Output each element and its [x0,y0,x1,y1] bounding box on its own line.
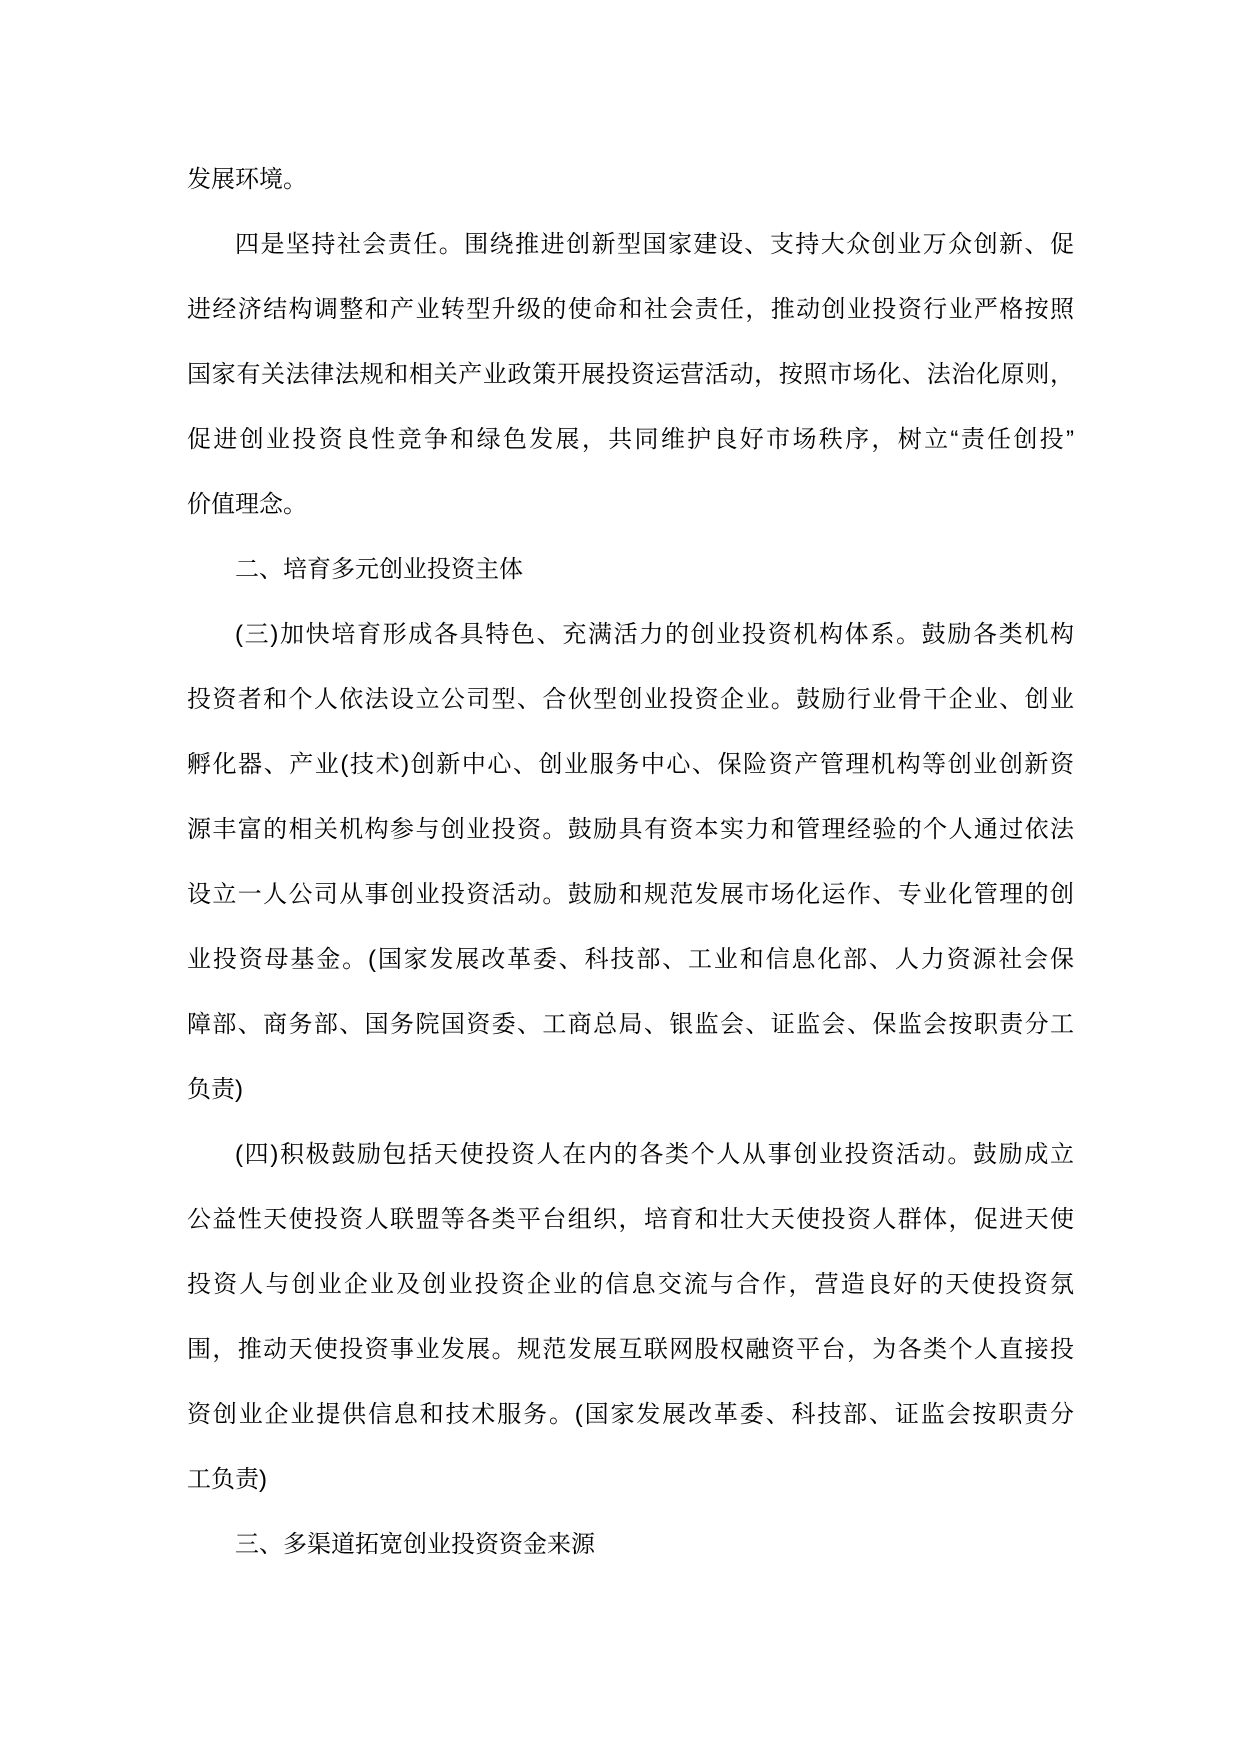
text-line: 发展环境。 [187,147,1074,212]
text-line: 进经济结构调整和产业转型升级的使命和社会责任，推动创业投资行业严格按照 [187,277,1074,342]
document-page: 发展环境。四是坚持社会责任。围绕推进创新型国家建设、支持大众创业万众创新、促进经… [0,0,1241,1754]
body-paragraph: (三)加快培育形成各具特色、充满活力的创业投资机构体系。鼓励各类机构投资者和个人… [187,602,1074,1122]
text-line: 孵化器、产业(技术)创新中心、创业服务中心、保险资产管理机构等创业创新资 [187,732,1074,797]
text-line: (三)加快培育形成各具特色、充满活力的创业投资机构体系。鼓励各类机构 [187,602,1074,667]
text-line: 四是坚持社会责任。围绕推进创新型国家建设、支持大众创业万众创新、促 [187,212,1074,277]
document-body: 发展环境。四是坚持社会责任。围绕推进创新型国家建设、支持大众创业万众创新、促进经… [187,147,1074,1577]
section-heading-paragraph: 三、多渠道拓宽创业投资资金来源 [187,1512,1074,1577]
section-heading-paragraph: 二、培育多元创业投资主体 [187,537,1074,602]
text-line: (四)积极鼓励包括天使投资人在内的各类个人从事创业投资活动。鼓励成立 [187,1122,1074,1187]
text-line: 促进创业投资良性竞争和绿色发展，共同维护良好市场秩序，树立“责任创投” [187,407,1074,472]
text-line: 投资者和个人依法设立公司型、合伙型创业投资企业。鼓励行业骨干企业、创业 [187,667,1074,732]
text-line: 设立一人公司从事创业投资活动。鼓励和规范发展市场化运作、专业化管理的创 [187,862,1074,927]
text-line: 国家有关法律法规和相关产业政策开展投资运营活动，按照市场化、法治化原则， [187,342,1074,407]
text-line: 围，推动天使投资事业发展。规范发展互联网股权融资平台，为各类个人直接投 [187,1317,1074,1382]
text-line: 业投资母基金。(国家发展改革委、科技部、工业和信息化部、人力资源社会保 [187,927,1074,992]
text-line: 源丰富的相关机构参与创业投资。鼓励具有资本实力和管理经验的个人通过依法 [187,797,1074,862]
body-paragraph: 四是坚持社会责任。围绕推进创新型国家建设、支持大众创业万众创新、促进经济结构调整… [187,212,1074,537]
section-heading: 二、培育多元创业投资主体 [187,537,1074,602]
body-paragraph: 发展环境。 [187,147,1074,212]
section-heading: 三、多渠道拓宽创业投资资金来源 [187,1512,1074,1577]
text-line: 资创业企业提供信息和技术服务。(国家发展改革委、科技部、证监会按职责分 [187,1382,1074,1447]
text-line: 障部、商务部、国务院国资委、工商总局、银监会、证监会、保监会按职责分工 [187,992,1074,1057]
body-paragraph: (四)积极鼓励包括天使投资人在内的各类个人从事创业投资活动。鼓励成立公益性天使投… [187,1122,1074,1512]
text-line: 投资人与创业企业及创业投资企业的信息交流与合作，营造良好的天使投资氛 [187,1252,1074,1317]
text-line: 价值理念。 [187,472,1074,537]
text-line: 负责) [187,1057,1074,1122]
text-line: 工负责) [187,1447,1074,1512]
text-line: 公益性天使投资人联盟等各类平台组织，培育和壮大天使投资人群体，促进天使 [187,1187,1074,1252]
